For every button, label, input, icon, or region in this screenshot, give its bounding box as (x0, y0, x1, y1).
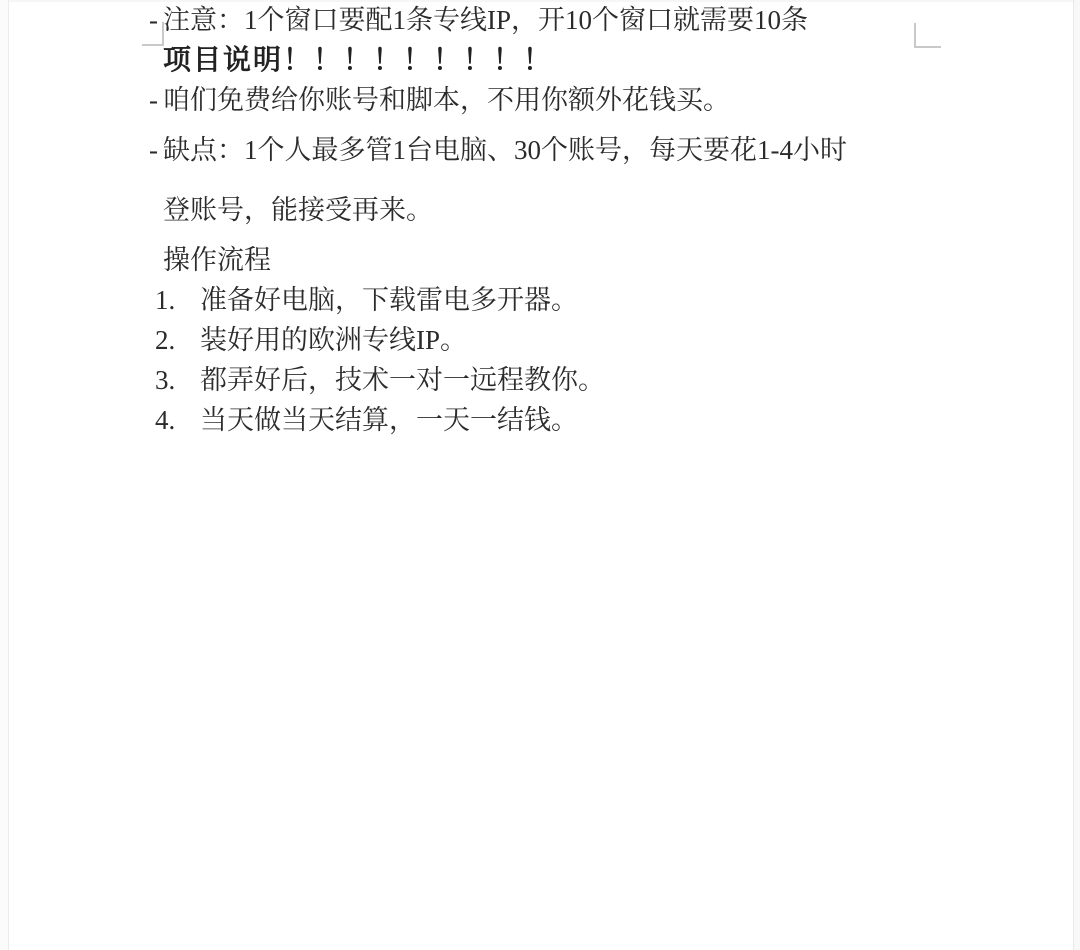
bullet-item-2-line1: 缺点：1个人最多管1台电脑、30个账号，每天要花1-4小时 (163, 135, 847, 165)
step-item-1: 1. 准备好电脑，下载雷电多开器。 (163, 280, 970, 320)
step-item-2: 2. 装好用的欧洲专线IP。 (163, 320, 970, 360)
bullet-dash: - (149, 0, 158, 40)
section-heading: 项目说明！！！！！！！！！ (163, 40, 970, 80)
bullet-item-2-line2: 登账号，能接受再来。 (163, 195, 433, 225)
note-text: 注意：1个窗口要配1条专线IP，开10个窗口就需要10条 (163, 5, 808, 35)
step-2-text: 装好用的欧洲专线IP。 (200, 325, 467, 355)
step-4-text: 当天做当天结算，一天一结钱。 (200, 405, 578, 435)
document-body: - 注意：1个窗口要配1条专线IP，开10个窗口就需要10条 项目说明！！！！！… (0, 0, 1080, 440)
bullet-dash: - (149, 80, 158, 120)
step-3-text: 都弄好后，技术一对一远程教你。 (200, 365, 605, 395)
section-title: 操作流程 (163, 240, 970, 280)
step-item-3: 3. 都弄好后，技术一对一远程教你。 (163, 360, 970, 400)
note-line: - 注意：1个窗口要配1条专线IP，开10个窗口就需要10条 (163, 0, 970, 40)
step-number: 2. (155, 320, 175, 360)
bullet-item-1: - 咱们免费给你账号和脚本，不用你额外花钱买。 (163, 80, 970, 120)
step-1-text: 准备好电脑，下载雷电多开器。 (200, 285, 578, 315)
bullet-item-1-text: 咱们免费给你账号和脚本，不用你额外花钱买。 (163, 85, 730, 115)
bullet-dash: - (149, 120, 158, 180)
document-page: - 注意：1个窗口要配1条专线IP，开10个窗口就需要10条 项目说明！！！！！… (0, 0, 1080, 950)
step-number: 1. (155, 280, 175, 320)
step-item-4: 4. 当天做当天结算，一天一结钱。 (163, 400, 970, 440)
bullet-item-2: - 缺点：1个人最多管1台电脑、30个账号，每天要花1-4小时 登账号，能接受再… (163, 120, 970, 240)
step-number: 4. (155, 400, 175, 440)
step-number: 3. (155, 360, 175, 400)
